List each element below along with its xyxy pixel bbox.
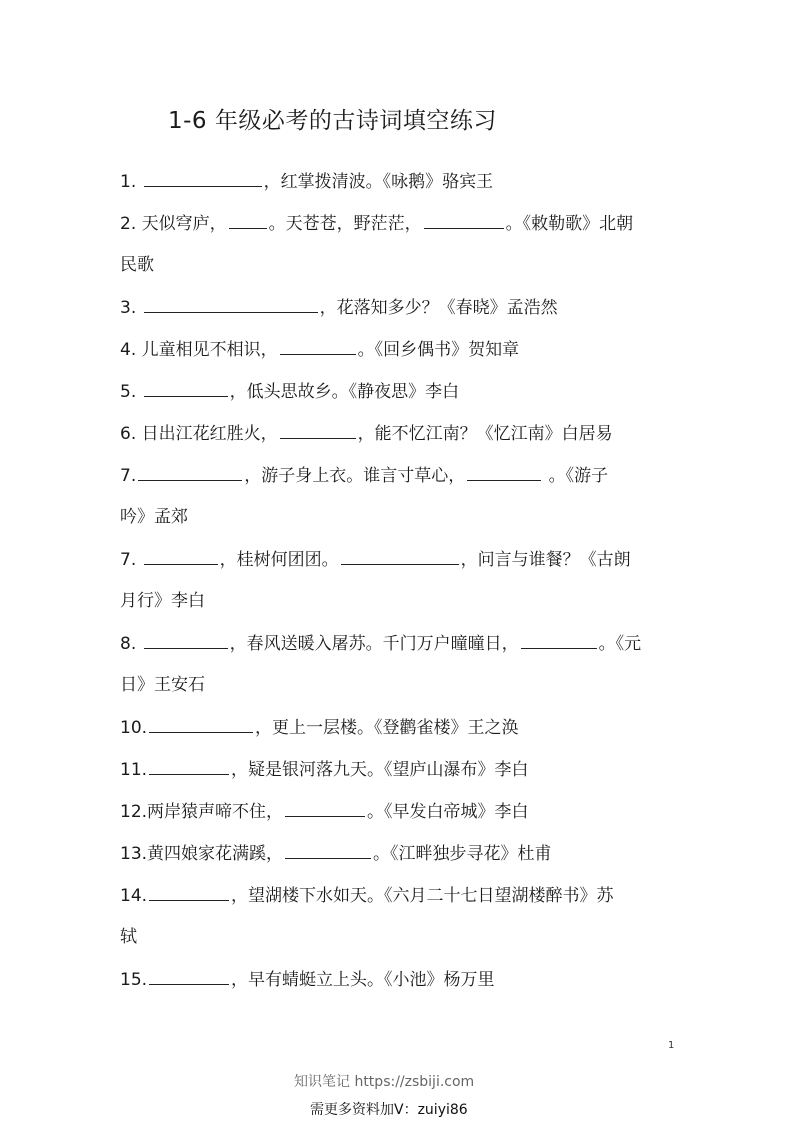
line-text: 。《早发白帝城》李白 bbox=[367, 802, 529, 822]
fill-blank bbox=[149, 968, 229, 985]
line-text: ，游子身上衣。谁言寸草心， bbox=[244, 466, 465, 486]
exercise-line: 月行》李白 bbox=[120, 590, 205, 612]
exercise-line: 4. 儿童相见不相识，。《回乡偶书》贺知章 bbox=[120, 338, 519, 361]
line-text: 民歌 bbox=[120, 255, 154, 275]
line-text: 12.两岸猿声啼不住， bbox=[120, 802, 283, 822]
line-text: 。《江畔独步寻花》杜甫 bbox=[373, 844, 552, 864]
line-text: 6. 日出江花红胜火， bbox=[120, 424, 278, 444]
exercise-line: 15.，早有蜻蜓立上头。《小池》杨万里 bbox=[120, 968, 495, 991]
footer-contact: 需更多资料加V：zuiyi86 bbox=[310, 1099, 468, 1119]
exercise-line: 3. ，花落知多少？《春晓》孟浩然 bbox=[120, 296, 558, 319]
line-text: ，疑是银河落九天。《望庐山瀑布》李白 bbox=[231, 760, 529, 780]
page-number: 1 bbox=[668, 1040, 674, 1051]
fill-blank bbox=[149, 758, 229, 775]
exercise-line: 7.，游子身上衣。谁言寸草心， 。《游子 bbox=[120, 464, 608, 487]
exercise-line: 14.，望湖楼下水如天。《六月二十七日望湖楼醉书》苏 bbox=[120, 884, 614, 907]
line-text: 11. bbox=[120, 760, 147, 780]
exercise-line: 轼 bbox=[120, 926, 137, 948]
exercise-line: 6. 日出江花红胜火，，能不忆江南？《忆江南》白居易 bbox=[120, 422, 613, 445]
fill-blank bbox=[424, 212, 504, 229]
line-text: 8. bbox=[120, 634, 142, 654]
fill-blank bbox=[341, 548, 459, 565]
line-text: 。《敕勒歌》北朝 bbox=[506, 214, 634, 234]
exercise-line: 1. ，红掌拨清波。《咏鹅》骆宾王 bbox=[120, 170, 493, 193]
line-text: 。《元 bbox=[599, 634, 642, 654]
line-text: 10. bbox=[120, 718, 147, 738]
exercise-line: 7. ，桂树何团团。，问言与谁餐？《古朗 bbox=[120, 548, 631, 571]
fill-blank bbox=[144, 548, 218, 565]
exercise-line: 吟》孟郊 bbox=[120, 506, 188, 528]
fill-blank bbox=[280, 338, 356, 355]
line-text: 吟》孟郊 bbox=[120, 507, 188, 527]
line-text: 。《回乡偶书》贺知章 bbox=[358, 340, 520, 360]
line-text: ，早有蜻蜓立上头。《小池》杨万里 bbox=[231, 970, 495, 990]
fill-blank bbox=[521, 632, 597, 649]
line-text: ，花落知多少？《春晓》孟浩然 bbox=[320, 298, 558, 318]
line-text: 13.黄四娘家花满蹊， bbox=[120, 844, 283, 864]
line-text: ，能不忆江南？《忆江南》白居易 bbox=[358, 424, 613, 444]
fill-blank bbox=[138, 464, 242, 481]
line-text: 14. bbox=[120, 886, 147, 906]
exercise-line: 11.，疑是银河落九天。《望庐山瀑布》李白 bbox=[120, 758, 529, 781]
fill-blank bbox=[149, 716, 253, 733]
fill-blank bbox=[285, 800, 365, 817]
line-text: ，更上一层楼。《登鹳雀楼》王之涣 bbox=[255, 718, 519, 738]
fill-blank bbox=[144, 632, 228, 649]
line-text: 月行》李白 bbox=[120, 591, 205, 611]
line-text: 5. bbox=[120, 382, 142, 402]
line-text: 轼 bbox=[120, 927, 137, 947]
line-text: 3. bbox=[120, 298, 142, 318]
exercise-line: 日》王安石 bbox=[120, 674, 205, 696]
fill-blank bbox=[149, 884, 229, 901]
line-text: 2. 天似穹庐， bbox=[120, 214, 227, 234]
exercise-line: 2. 天似穹庐，。天苍苍，野茫茫，。《敕勒歌》北朝 bbox=[120, 212, 633, 235]
fill-blank bbox=[144, 380, 228, 397]
line-text: 。《游子 bbox=[543, 466, 608, 486]
line-text: ，望湖楼下水如天。《六月二十七日望湖楼醉书》苏 bbox=[231, 886, 614, 906]
page-title: 1-6 年级必考的古诗词填空练习 bbox=[168, 102, 497, 135]
footer-site: 知识笔记 https://zsbiji.com bbox=[294, 1071, 474, 1091]
line-text: 1. bbox=[120, 172, 142, 192]
line-text: 日》王安石 bbox=[120, 675, 205, 695]
line-text: ，红掌拨清波。《咏鹅》骆宾王 bbox=[264, 172, 494, 192]
line-text: ，春风送暖入屠苏。千门万户曈曈日， bbox=[230, 634, 519, 654]
fill-blank bbox=[144, 170, 262, 187]
fill-blank bbox=[285, 842, 371, 859]
line-text: 7. bbox=[120, 550, 142, 570]
fill-blank bbox=[229, 212, 267, 229]
line-text: 15. bbox=[120, 970, 147, 990]
exercise-line: 12.两岸猿声啼不住，。《早发白帝城》李白 bbox=[120, 800, 529, 823]
exercise-line: 8. ，春风送暖入屠苏。千门万户曈曈日，。《元 bbox=[120, 632, 641, 655]
line-text: ，问言与谁餐？《古朗 bbox=[461, 550, 631, 570]
exercise-line: 5. ，低头思故乡。《静夜思》李白 bbox=[120, 380, 459, 403]
line-text: 。天苍苍，野茫茫， bbox=[269, 214, 422, 234]
exercise-line: 13.黄四娘家花满蹊，。《江畔独步寻花》杜甫 bbox=[120, 842, 552, 865]
exercise-line: 10.，更上一层楼。《登鹳雀楼》王之涣 bbox=[120, 716, 519, 739]
fill-blank bbox=[467, 464, 541, 481]
line-text: ，桂树何团团。 bbox=[220, 550, 339, 570]
exercise-line: 民歌 bbox=[120, 254, 154, 276]
fill-blank bbox=[280, 422, 356, 439]
fill-blank bbox=[144, 296, 318, 313]
line-text: 4. 儿童相见不相识， bbox=[120, 340, 278, 360]
line-text: ，低头思故乡。《静夜思》李白 bbox=[230, 382, 460, 402]
line-text: 7. bbox=[120, 466, 136, 486]
